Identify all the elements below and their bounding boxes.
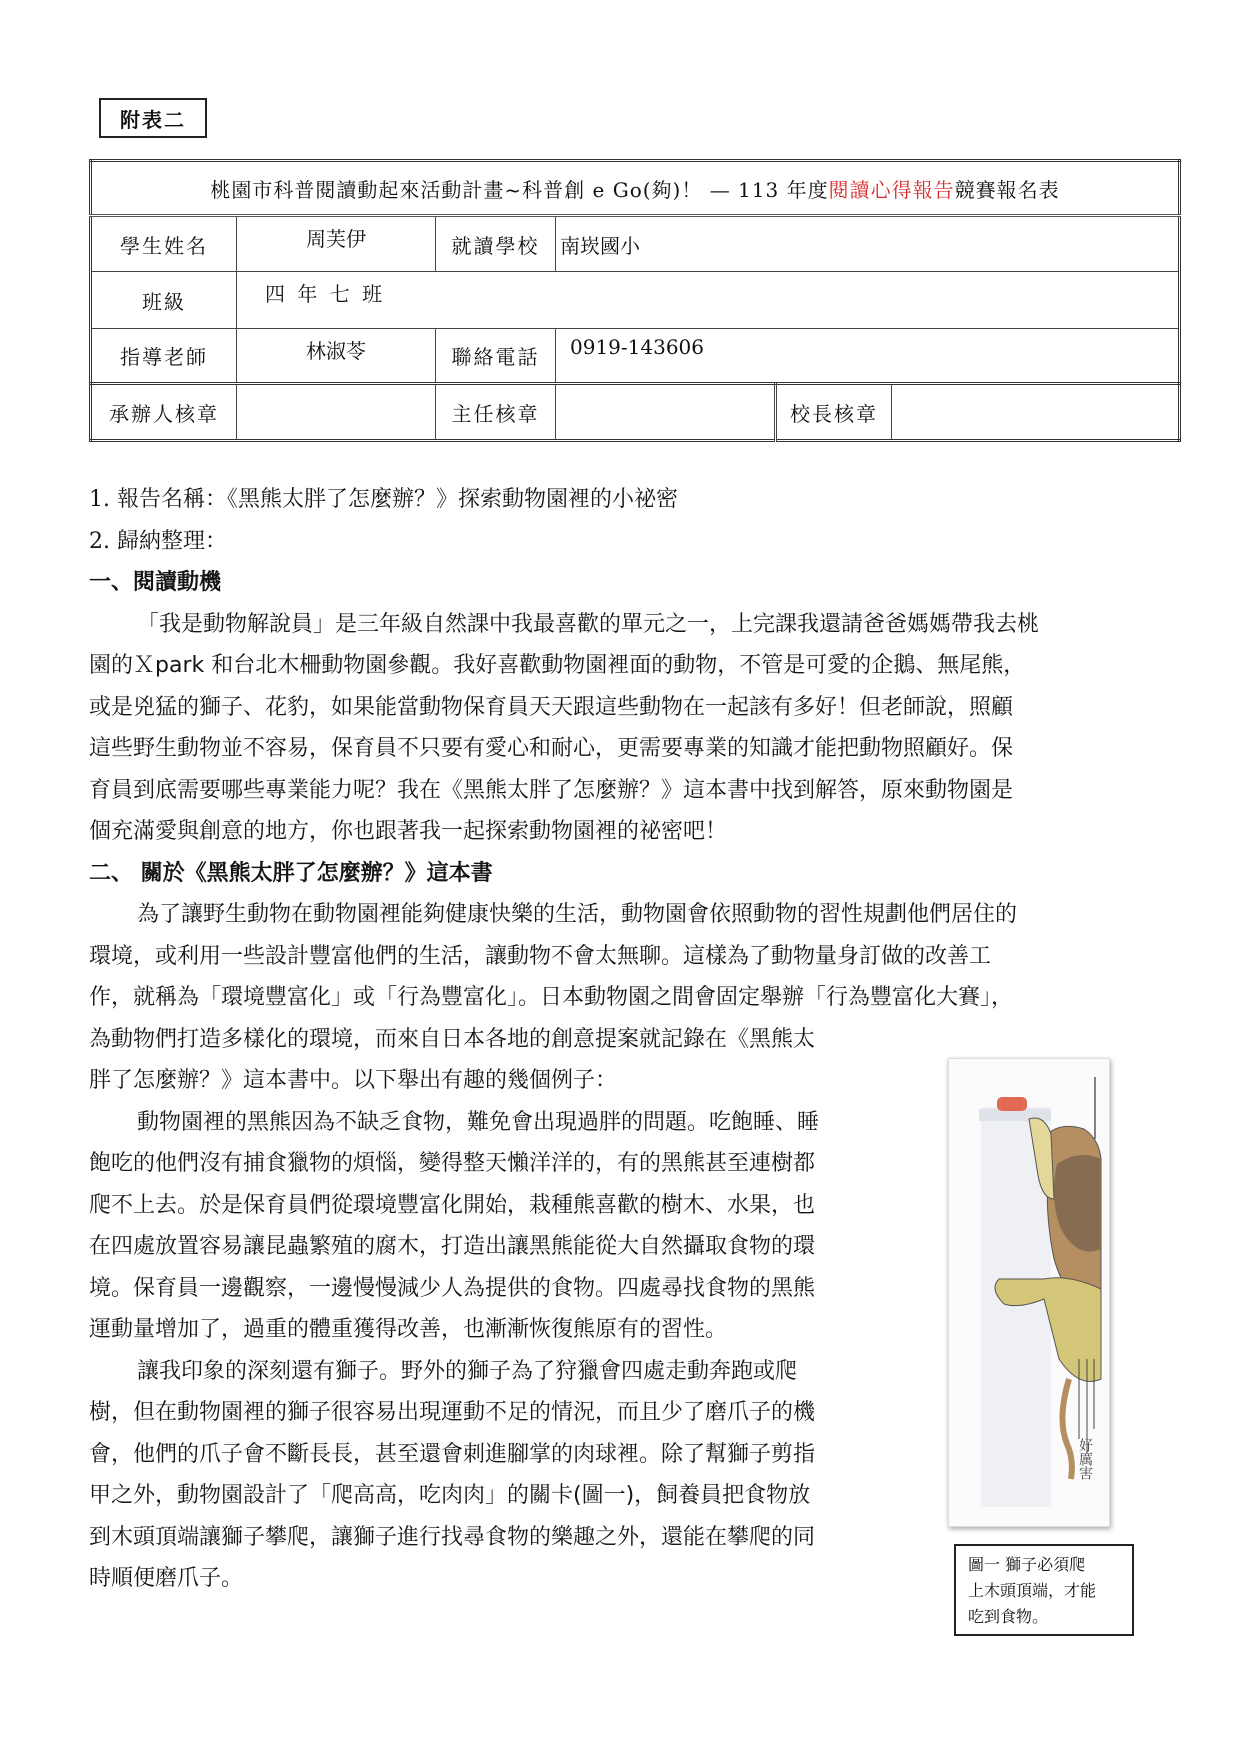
director-stamp-field	[556, 384, 776, 441]
lion-paragraph-line: 甲之外，動物園設計了「爬高高，吃肉肉」的關卡(圖一)，飼養員把食物放	[89, 1475, 1039, 1517]
section2-heading: 二、 關於《黑熊太胖了怎麼辦？》這本書	[89, 853, 1039, 895]
bear-paragraph-line: 境。保育員一邊觀察，一邊慢慢減少人為提供的食物。四處尋找食物的黑熊	[89, 1268, 1039, 1310]
approval-stamps-table: 承辦人核章 主任核章 校長核章	[89, 382, 1181, 442]
school-label: 就讀學校	[436, 216, 556, 272]
phone-value: 0919-143606	[556, 329, 1180, 384]
handler-stamp-label: 承辦人核章	[91, 384, 237, 441]
section1-line: 園的Ｘpark 和台北木柵動物園參觀。我好喜歡動物園裡面的動物，不管是可愛的企鵝…	[89, 645, 1039, 687]
report-title-line: 1. 報告名稱：《黑熊太胖了怎麼辦？》探索動物園裡的小祕密	[89, 479, 1039, 521]
section2-line: 環境，或利用一些設計豐富他們的生活，讓動物不會太無聊。這樣為了動物量身訂做的改善…	[89, 936, 1039, 978]
form-title-highlight: 閱讀心得報告	[829, 178, 955, 202]
bear-paragraph-line: 在四處放置容易讓昆蟲繁殖的腐木，打造出讓黑熊能從大自然攝取食物的環	[89, 1226, 1039, 1268]
handler-stamp-field	[237, 384, 436, 441]
caption-line: 圖一 獅子必須爬	[968, 1552, 1120, 1578]
lion-paragraph-line: 到木頭頂端讓獅子攀爬，讓獅子進行找尋食物的樂趣之外，還能在攀爬的同	[89, 1517, 1039, 1559]
lion-climbing-illustration: 好厲害	[948, 1058, 1110, 1527]
teacher-value: 林淑苓	[237, 329, 436, 384]
teacher-label: 指導老師	[91, 329, 237, 384]
class-value: 四 年 七 班	[237, 272, 1180, 329]
section2-line: 為動物們打造多樣化的環境，而來自日本各地的創意提案就記錄在《黑熊太	[89, 1019, 1039, 1061]
lion-paragraph-line: 樹，但在動物園裡的獅子很容易出現運動不足的情況，而且少了磨爪子的機	[89, 1392, 1039, 1434]
school-value: 南崁國小	[556, 216, 1180, 272]
lion-paragraph-line: 會，他們的爪子會不斷長長，甚至還會刺進腳掌的肉球裡。除了幫獅子剪指	[89, 1434, 1039, 1476]
bear-paragraph-line: 飽吃的他們沒有捕食獵物的煩惱，變得整天懶洋洋的，有的黑熊甚至連樹都	[89, 1143, 1039, 1185]
section1-line: 「我是動物解說員」是三年級自然課中我最喜歡的單元之一，上完課我還請爸爸媽媽帶我去…	[89, 604, 1039, 646]
section1-line: 或是兇猛的獅子、花豹，如果能當動物保育員天天跟這些動物在一起該有多好！但老師說，…	[89, 687, 1039, 729]
figure-caption: 圖一 獅子必須爬 上木頭頂端，才能 吃到食物。	[954, 1544, 1134, 1636]
caption-line: 上木頭頂端，才能	[968, 1578, 1120, 1604]
section1-line: 育員到底需要哪些專業能力呢？我在《黑熊太胖了怎麼辦？》這本書中找到解答，原來動物…	[89, 770, 1039, 812]
bear-paragraph-line: 爬不上去。於是保育員們從環境豐富化開始，栽種熊喜歡的樹木、水果，也	[89, 1185, 1039, 1227]
phone-label: 聯絡電話	[436, 329, 556, 384]
section2-line: 胖了怎麼辦？》這本書中。以下舉出有趣的幾個例子：	[89, 1060, 1039, 1102]
summary-line: 2. 歸納整理：	[89, 521, 1039, 563]
principal-stamp-label: 校長核章	[776, 384, 892, 441]
section1-heading: 一、閱讀動機	[89, 562, 1039, 604]
form-title: 桃園市科普閱讀動起來活動計畫~科普創 e Go(夠)！ — 113 年度閱讀心得…	[91, 161, 1180, 216]
lion-paragraph-line: 讓我印象的深刻還有獅子。野外的獅子為了狩獵會四處走動奔跑或爬	[89, 1351, 1039, 1393]
principal-stamp-field	[892, 384, 1180, 441]
caption-line: 吃到食物。	[968, 1604, 1120, 1630]
director-stamp-label: 主任核章	[436, 384, 556, 441]
report-body: 1. 報告名稱：《黑熊太胖了怎麼辦？》探索動物園裡的小祕密 2. 歸納整理： 一…	[89, 479, 1039, 1600]
section2-line: 為了讓野生動物在動物園裡能夠健康快樂的生活，動物園會依照動物的習性規劃他們居住的	[89, 894, 1039, 936]
student-name-label: 學生姓名	[91, 216, 237, 272]
section1-line: 這些野生動物並不容易，保育員不只要有愛心和耐心，更需要專業的知識才能把動物照顧好…	[89, 728, 1039, 770]
student-name-value: 周芙伊	[237, 216, 436, 272]
class-label: 班級	[91, 272, 237, 329]
appendix-label: 附表二	[99, 98, 207, 138]
svg-text:好厲害: 好厲害	[1077, 1438, 1093, 1480]
section1-line: 個充滿愛與創意的地方，你也跟著我一起探索動物園裡的祕密吧！	[89, 811, 1039, 853]
bear-paragraph-line: 運動量增加了，過重的體重獲得改善，也漸漸恢復熊原有的習性。	[89, 1309, 1039, 1351]
lion-paragraph-line: 時順便磨爪子。	[89, 1558, 1039, 1600]
lion-illustration-icon: 好厲害	[949, 1059, 1109, 1526]
registration-form-table: 桃園市科普閱讀動起來活動計畫~科普創 e Go(夠)！ — 113 年度閱讀心得…	[89, 159, 1181, 385]
section2-line: 作，就稱為「環境豐富化」或「行為豐富化」。日本動物園之間會固定舉辦「行為豐富化大…	[89, 977, 1039, 1019]
bear-paragraph-line: 動物園裡的黑熊因為不缺乏食物，難免會出現過胖的問題。吃飽睡、睡	[89, 1102, 1039, 1144]
